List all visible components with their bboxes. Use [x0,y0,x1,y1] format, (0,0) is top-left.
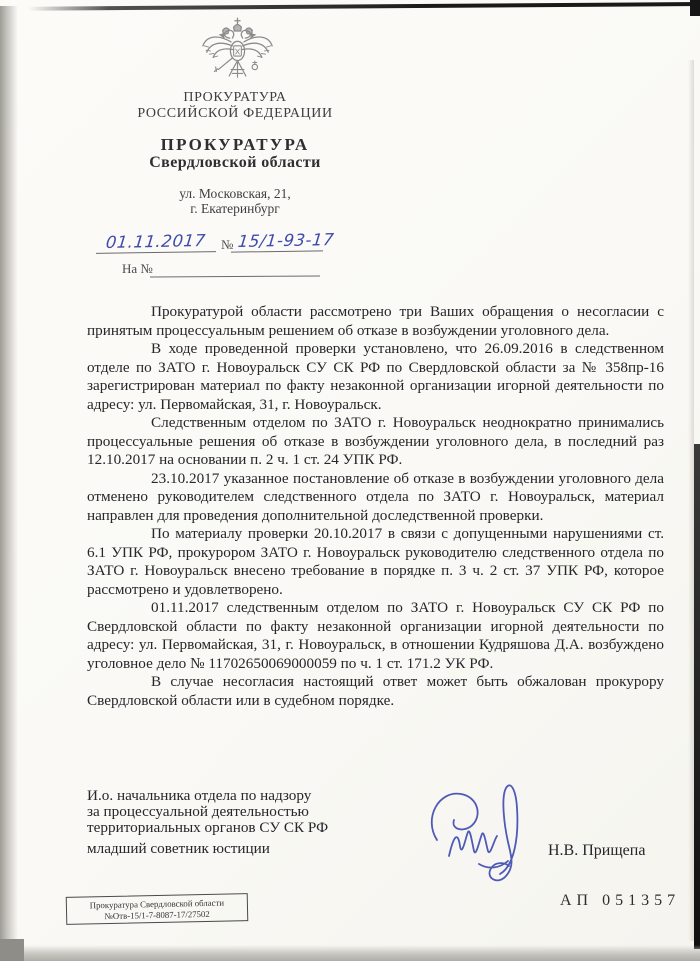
scan-edge-bottom [0,945,700,961]
paragraph-4: 23.10.2017 указанное постановление об от… [87,470,664,526]
org-line-1: ПРОКУРАТУРА [85,90,385,106]
office-name: ПРОКУРАТУРА [85,135,385,155]
office-region: Свердловской области [85,154,385,172]
scan-edge-left [0,6,18,951]
paragraph-3: Следственным отделом по ЗАТО г. Новоурал… [87,414,664,470]
position-line-2: за процессуальной деятельностью [87,804,328,820]
letterhead-org: ПРОКУРАТУРА РОССИЙСКОЙ ФЕДЕРАЦИИ [85,90,385,121]
signatory-name: Н.В. Прищепа [548,842,645,860]
number-underline [231,250,323,252]
scan-edge-top [28,2,700,11]
position-line-1: И.о. начальника отдела по надзору [87,788,328,804]
handwritten-signature-icon [421,776,543,888]
reply-to-label: На № [122,261,153,277]
letterhead-address: ул. Московская, 21, г. Екатеринбург [85,186,385,216]
handwritten-number: 15/1-93-17 [237,230,335,251]
address-line-1: ул. Московская, 21, [85,186,385,201]
scan-edge-bottom-left [0,939,24,961]
registry-stamp: Прокуратура Свердловской области №Отв-15… [66,893,249,925]
position-line-3: территориальных органов СУ СК РФ [87,820,328,836]
scan-edge-right [694,444,700,949]
letter-body: Прокуратурой области рассмотрено три Ваш… [87,303,664,710]
address-line-2: г. Екатеринбург [85,201,385,216]
paragraph-2: В ходе проведенной проверки установлено,… [87,340,664,414]
paragraph-6: 01.11.2017 следственным отделом по ЗАТО … [87,599,664,673]
scanned-letter-page: ПРОКУРАТУРА РОССИЙСКОЙ ФЕДЕРАЦИИ ПРОКУРА… [0,0,700,961]
handwritten-date: 01.11.2017 [105,231,207,252]
form-serial-number: АП 051357 [560,892,680,910]
reply-to-underline [150,276,320,278]
org-line-2: РОССИЙСКОЙ ФЕДЕРАЦИИ [85,106,385,122]
paragraph-5: По материалу проверки 20.10.2017 в связи… [87,525,664,599]
paragraph-7: В случае несогласия настоящий ответ може… [87,673,664,710]
paragraph-1: Прокуратурой области рассмотрено три Ваш… [87,303,664,340]
scan-edge-top-right [690,0,700,16]
number-sign: № [221,237,233,253]
signatory-rank: младший советник юстиции [87,840,270,858]
signatory-position: И.о. начальника отдела по надзору за про… [87,788,328,836]
russia-coat-of-arms-icon [199,15,276,92]
